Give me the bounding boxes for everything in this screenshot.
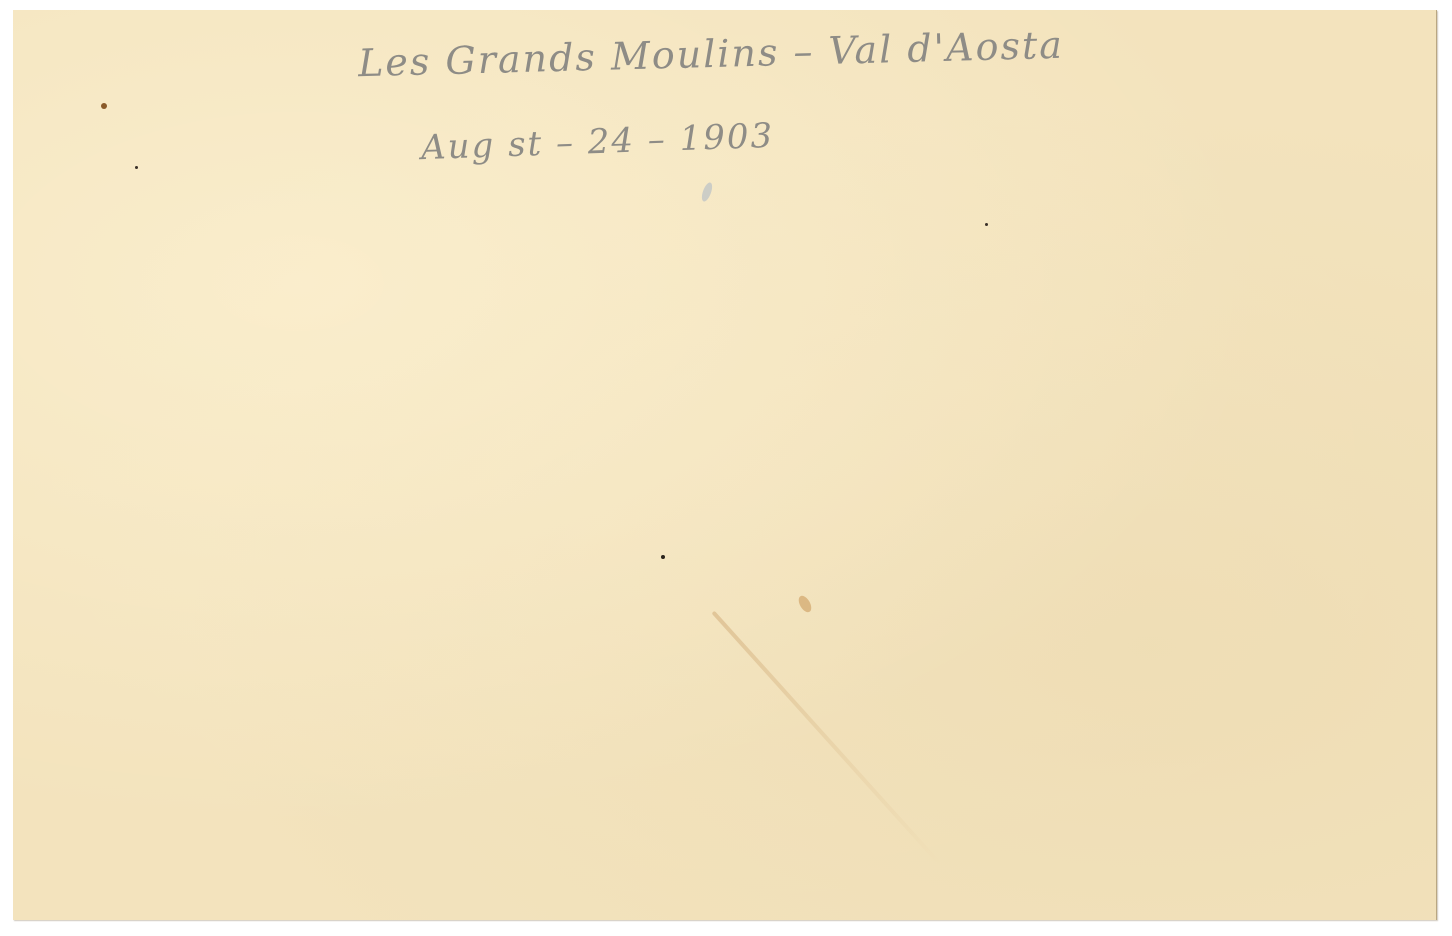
photo-card-back: Les Grands Moulins – Val d'Aosta Aug st … [13, 10, 1437, 920]
foxing-spot [661, 555, 665, 559]
pencil-smudge [700, 181, 714, 203]
stain-mark [796, 594, 814, 615]
paper-stain-streak [712, 611, 942, 866]
foxing-spot [101, 103, 107, 109]
foxing-spot [985, 223, 988, 226]
foxing-spot [135, 166, 138, 169]
inscription-date: Aug st – 24 – 1903 [420, 116, 774, 168]
inscription-location: Les Grands Moulins – Val d'Aosta [358, 23, 1065, 85]
